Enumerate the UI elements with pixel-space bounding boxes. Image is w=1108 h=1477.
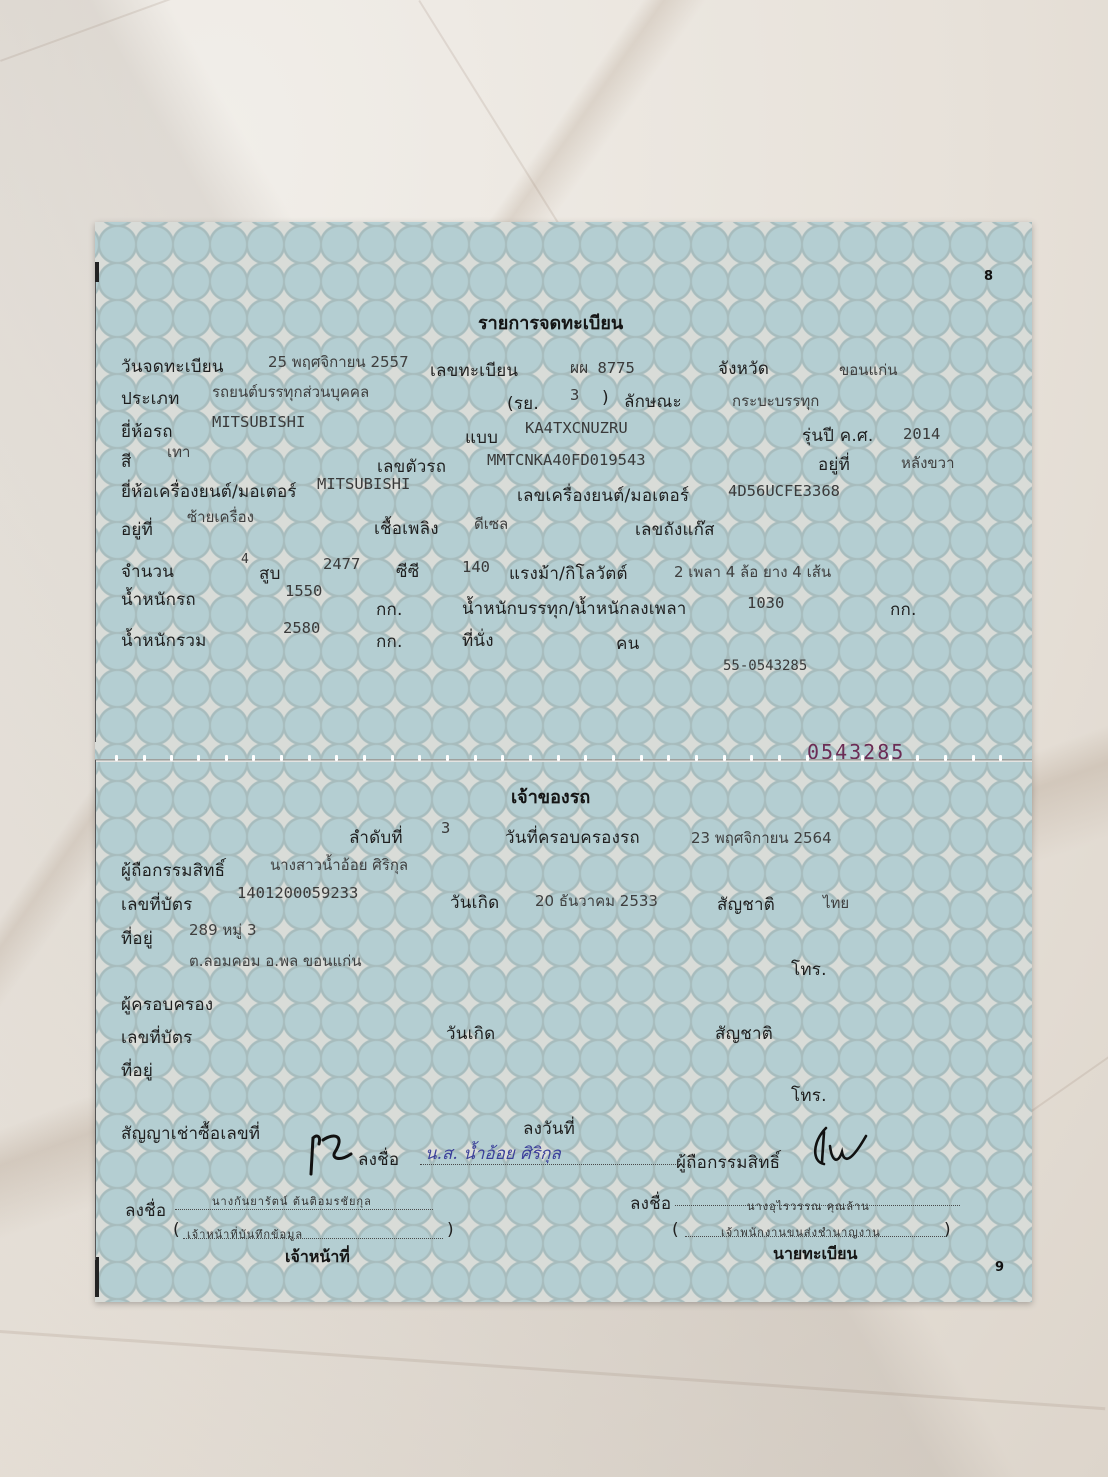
engine-brand-value: MITSUBISHI	[317, 475, 410, 493]
hp-value: 140	[462, 558, 490, 576]
axles-wheels-tires: 2 เพลา 4 ล้อ ยาง 4 เส้น	[674, 560, 831, 584]
officer-sign-label: ลงชื่อ	[125, 1197, 166, 1224]
gross-weight-label: น้ำหนักรวม	[121, 627, 207, 654]
registrar-name: นางอุไรวรรณ คุณล้าน	[747, 1197, 870, 1215]
owner-birth-label: วันเกิด	[450, 889, 499, 916]
officer-signature-scribble	[305, 1130, 357, 1178]
officer-name: นางกันยารัตน์ ต้นติอมรชัยกุล	[212, 1192, 372, 1210]
cylinders-value: 4	[241, 552, 249, 567]
ry-open: (รย.	[507, 390, 539, 417]
type-value: รถยนต์บรรทุกส่วนบุคคล	[212, 380, 369, 404]
vehicle-weight-value: 1550	[285, 582, 322, 600]
cc-unit: ซีซี	[396, 558, 419, 585]
officer-role: เจ้าหน้าที่	[285, 1245, 350, 1270]
owner-id-label: เลขที่บัตร	[121, 891, 192, 918]
registrar-paren-close: )	[944, 1220, 951, 1240]
color-value: เทา	[167, 440, 190, 464]
model-label: แบบ	[465, 424, 498, 451]
registrar-paren-open: (	[672, 1220, 679, 1240]
order-value: 3	[441, 819, 450, 837]
possessor-id-label: เลขที่บัตร	[121, 1024, 192, 1051]
engine-no-label: เลขเครื่องยนต์/มอเตอร์	[517, 482, 689, 509]
possessor-address-label: ที่อยู่	[121, 1057, 153, 1084]
registrar-sign-label: ลงชื่อ	[630, 1190, 671, 1217]
possessor-nationality-label: สัญชาติ	[715, 1020, 773, 1047]
holder-signature-scribble	[810, 1122, 870, 1174]
possession-date-value: 23 พฤศจิกายน 2564	[691, 826, 832, 850]
plate-value: ผผ 8775	[570, 355, 635, 380]
brand-value: MITSUBISHI	[212, 413, 305, 431]
owner-address-label: ที่อยู่	[121, 925, 153, 952]
possessor-label: ผู้ครอบครอง	[121, 991, 213, 1018]
ry-close: )	[602, 388, 609, 408]
seats-label: ที่นั่ง	[462, 627, 494, 654]
model-value: KA4TXCNUZRU	[525, 419, 628, 437]
binding-edge	[95, 262, 99, 282]
load-weight-unit: กก.	[890, 596, 917, 623]
binding-edge	[95, 760, 96, 1260]
holder-handwritten-name: น.ส. น้ำอ้อย ศิริกุล	[425, 1140, 561, 1167]
seats-unit: คน	[616, 630, 639, 657]
holder-role-label: ผู้ถือกรรมสิทธิ์	[676, 1149, 780, 1176]
vehicle-weight-unit: กก.	[376, 596, 403, 623]
order-label: ลำดับที่	[349, 824, 403, 851]
registrar-position: เจ้าพนักงานขนส่งชำนาญงาน	[721, 1223, 881, 1241]
engine-location-value: ซ้ายเครื่อง	[187, 505, 254, 529]
registration-details-sheet: 8 รายการจดทะเบียน วันจดทะเบียน 25 พฤศจิก…	[95, 222, 1032, 760]
owner-nationality-value: ไทย	[823, 891, 849, 915]
gas-tank-label: เลขถังแก๊ส	[635, 516, 715, 543]
hire-purchase-label: สัญญาเช่าซื้อเลขที่	[121, 1120, 260, 1147]
reg-date-label: วันจดทะเบียน	[121, 353, 224, 380]
engine-location-label: อยู่ที่	[121, 516, 153, 543]
vehicle-weight-label: น้ำหนักรถ	[121, 586, 196, 613]
form-serial: 55-0543285	[723, 658, 807, 674]
owner-phone-label: โทร.	[791, 956, 827, 983]
officer-position: เจ้าหน้าที่บันทึกข้อมูล	[187, 1225, 303, 1243]
owner-address-line2: ต.ลอมคอม อ.พล ขอนแก่น	[189, 949, 361, 973]
province-value: ขอนแก่น	[839, 358, 898, 382]
province-label: จังหวัด	[718, 355, 769, 382]
marble-vein	[0, 1330, 1105, 1410]
load-weight-value: 1030	[747, 594, 784, 612]
owner-id-value: 1401200059233	[237, 884, 358, 902]
reg-date-value: 25 พฤศจิกายน 2557	[268, 350, 409, 374]
possessor-birth-label: วันเกิด	[446, 1020, 495, 1047]
holder-sign-label: ลงชื่อ	[358, 1146, 399, 1173]
load-weight-label: น้ำหนักบรรทุก/น้ำหนักลงเพลา	[462, 595, 687, 622]
brand-label: ยี่ห้อรถ	[121, 418, 173, 445]
chassis-location-value: หลังขวา	[901, 451, 955, 475]
cc-value: 2477	[323, 555, 360, 573]
gross-weight-value: 2580	[283, 619, 320, 637]
color-label: สี	[121, 448, 132, 475]
engine-no-value: 4D56UCFE3368	[728, 482, 840, 500]
vehicle-registration-document: 8 รายการจดทะเบียน วันจดทะเบียน 25 พฤศจิก…	[95, 222, 1032, 1302]
year-label: รุ่นปี ค.ศ.	[802, 422, 874, 449]
owner-title: เจ้าของรถ	[511, 782, 590, 811]
fuel-value: ดีเซล	[474, 512, 508, 536]
holder-value: นางสาวน้ำอ้อย ศิริกุล	[270, 853, 408, 877]
plate-label: เลขทะเบียน	[430, 357, 518, 384]
binding-edge	[95, 282, 96, 742]
engine-brand-label: ยี่ห้อเครื่องยนต์/มอเตอร์	[121, 478, 297, 505]
style-label: ลักษณะ	[624, 388, 682, 415]
binding-edge	[95, 1257, 99, 1297]
owner-birth-value: 20 ธันวาคม 2533	[535, 889, 658, 913]
owner-nationality-label: สัญชาติ	[717, 891, 775, 918]
officer-paren-open: (	[173, 1220, 180, 1240]
owner-details-sheet: เจ้าของรถ ลำดับที่ 3 วันที่ครอบครองรถ 23…	[95, 760, 1032, 1300]
page-number-bottom: 9	[995, 1260, 1004, 1275]
style-value: กระบะบรรทุก	[732, 389, 819, 413]
holder-label: ผู้ถือกรรมสิทธิ์	[121, 857, 225, 884]
chassis-location-label: อยู่ที่	[818, 451, 850, 478]
owner-address-line1: 289 หมู่ 3	[189, 918, 257, 942]
fuel-label: เชื้อเพลิง	[374, 515, 439, 542]
cylinders-unit: สูบ	[259, 560, 281, 587]
cylinders-label: จำนวน	[121, 558, 174, 585]
officer-paren-close: )	[447, 1220, 454, 1240]
year-value: 2014	[903, 425, 940, 443]
hp-unit: แรงม้า/กิโลวัตต์	[509, 560, 628, 587]
type-label: ประเภท	[121, 385, 179, 412]
chassis-value: MMTCNKA40FD019543	[487, 451, 646, 469]
page-number-top: 8	[984, 269, 993, 284]
possession-date-label: วันที่ครอบครองรถ	[505, 824, 640, 851]
ry-value: 3	[570, 386, 579, 404]
marble-vein	[0, 0, 395, 62]
signed-date-label: ลงวันที่	[523, 1115, 575, 1142]
registrar-role: นายทะเบียน	[773, 1242, 857, 1267]
possessor-phone-label: โทร.	[791, 1082, 827, 1109]
registration-title: รายการจดทะเบียน	[478, 308, 623, 337]
gross-weight-unit: กก.	[376, 628, 403, 655]
